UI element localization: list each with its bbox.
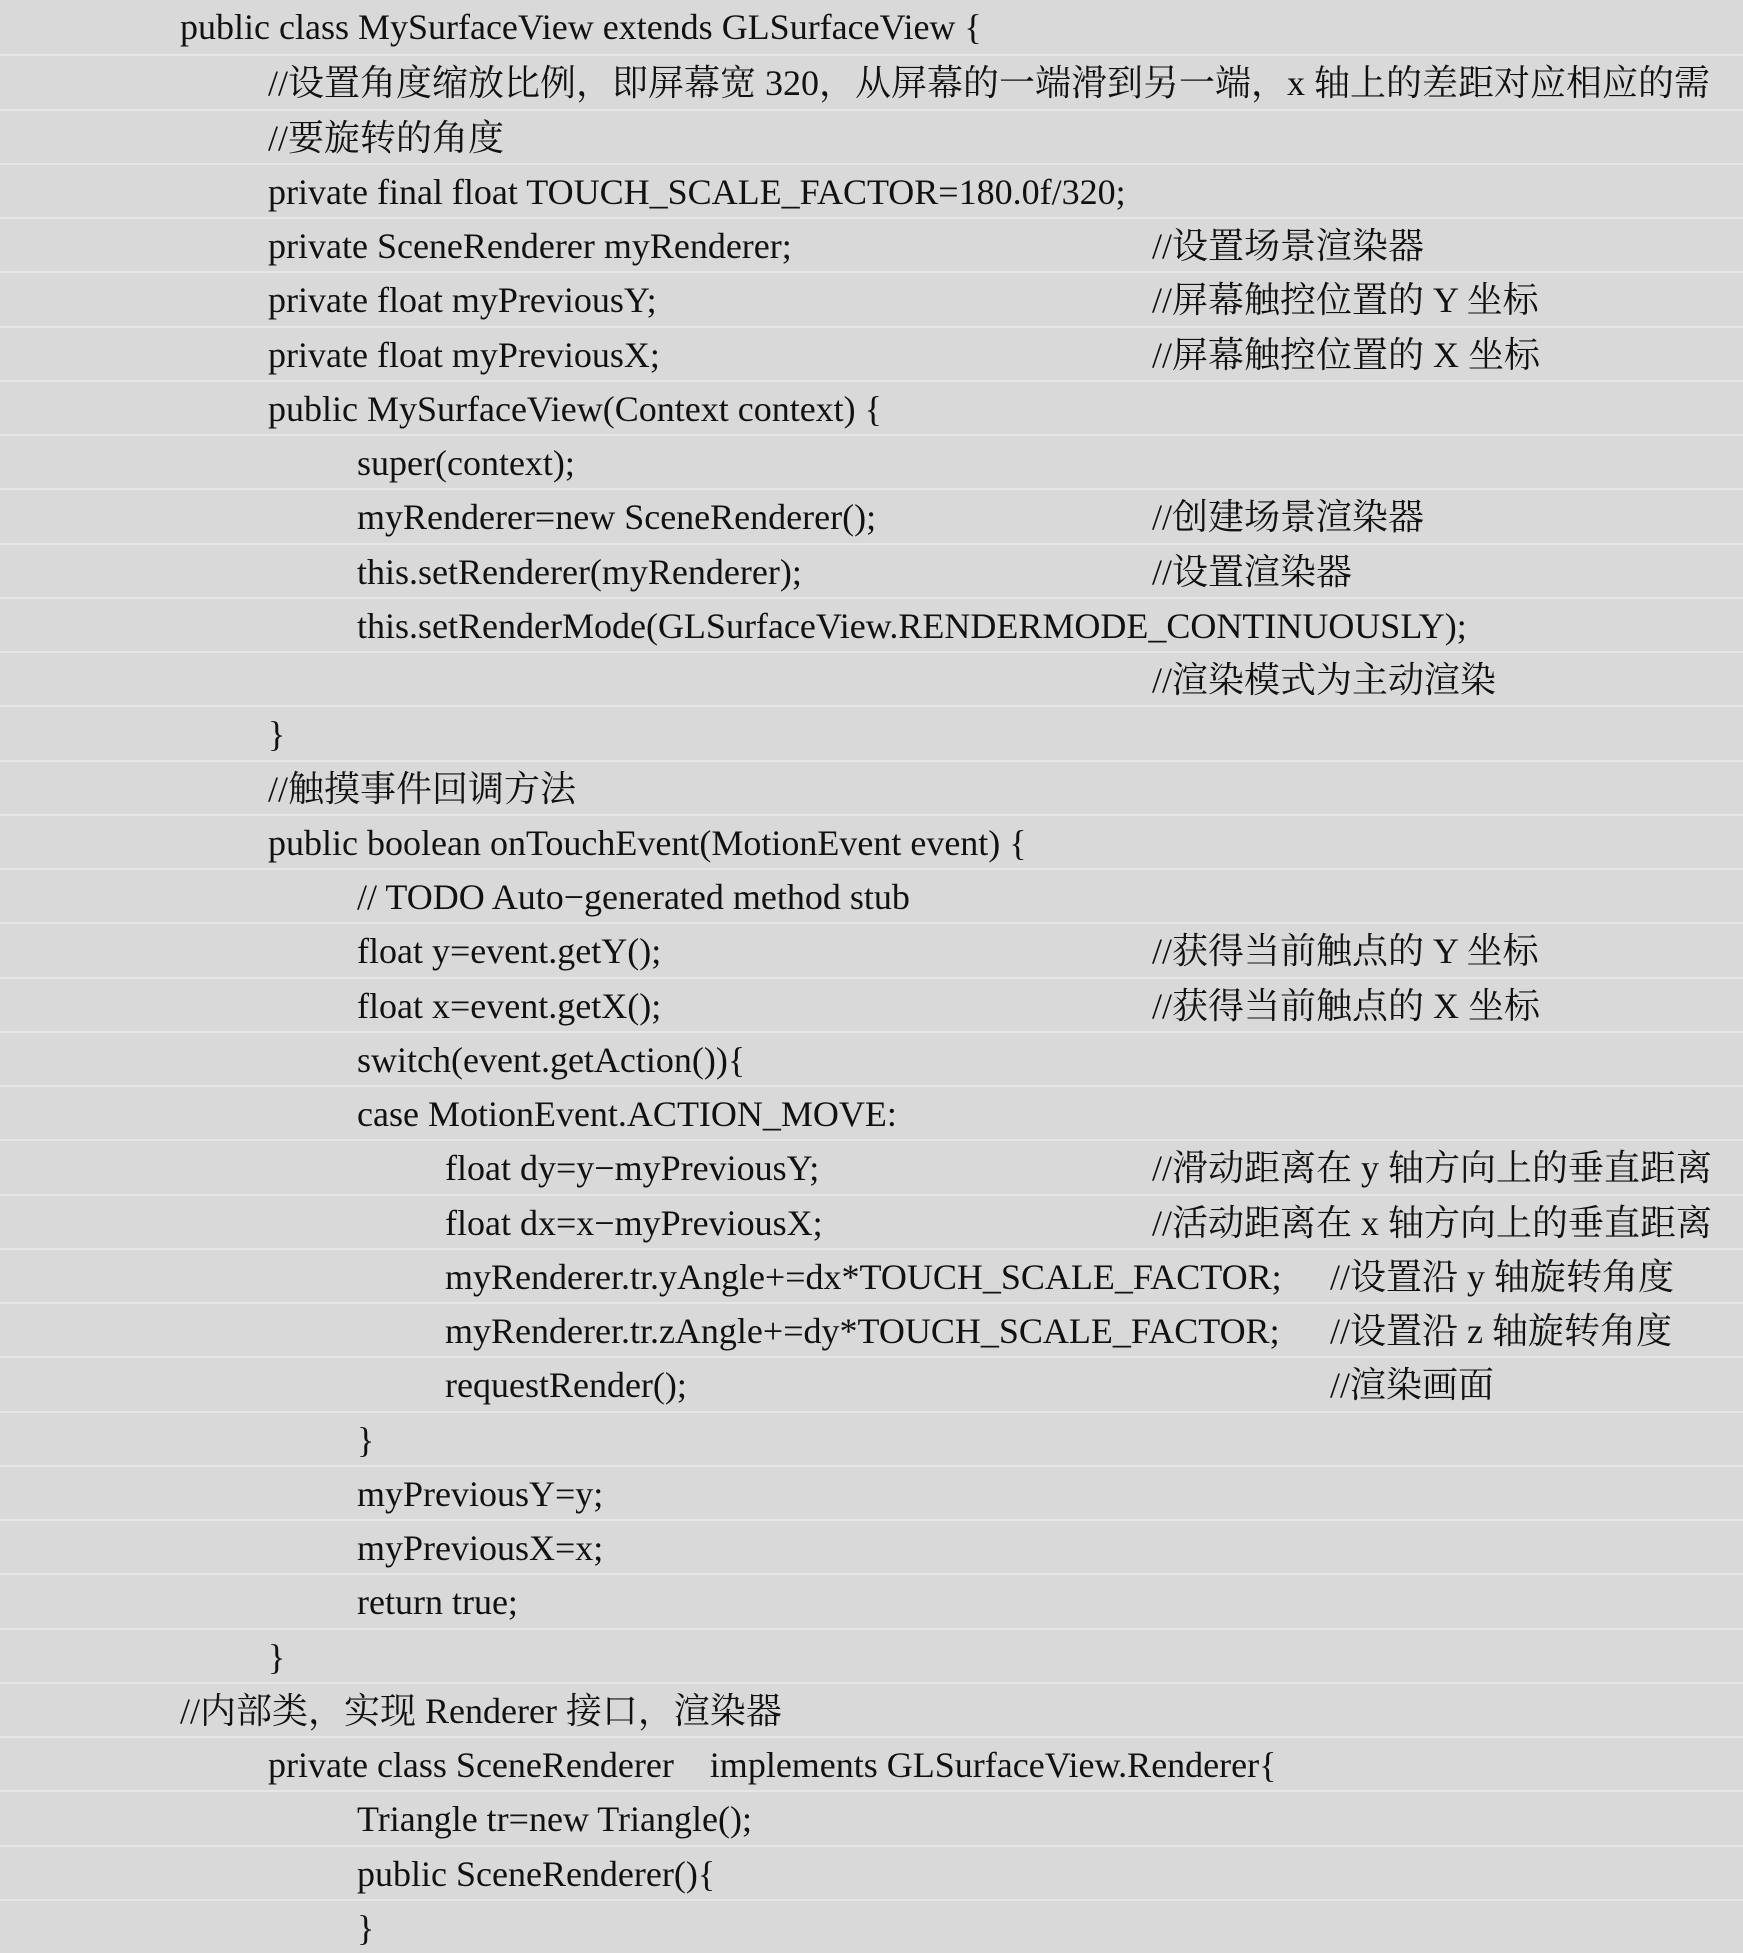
code-line: Triangle tr=new Triangle(); xyxy=(0,1790,1743,1844)
code-text: } xyxy=(268,713,285,755)
code-comment: //设置场景渲染器 xyxy=(1152,225,1424,267)
code-text: myRenderer=new SceneRenderer(); xyxy=(357,496,876,538)
code-comment: //渲染模式为主动渲染 xyxy=(1152,659,1496,701)
code-line: float dx=x−myPreviousX;//活动距离在 x 轴方向上的垂直… xyxy=(0,1194,1743,1248)
code-line: this.setRenderer(myRenderer);//设置渲染器 xyxy=(0,543,1743,597)
code-text: // TODO Auto−generated method stub xyxy=(357,876,910,918)
code-line: //设置角度缩放比例，即屏幕宽 320，从屏幕的一端滑到另一端，x 轴上的差距对… xyxy=(0,54,1743,108)
code-text: public class MySurfaceView extends GLSur… xyxy=(180,6,982,48)
code-text: requestRender(); xyxy=(445,1364,687,1406)
code-line: myPreviousX=x; xyxy=(0,1519,1743,1573)
code-comment: //获得当前触点的 X 坐标 xyxy=(1152,985,1540,1027)
code-comment: //屏幕触控位置的 X 坐标 xyxy=(1152,334,1540,376)
code-line: private float myPreviousY;//屏幕触控位置的 Y 坐标 xyxy=(0,271,1743,325)
code-line: } xyxy=(0,1628,1743,1682)
code-comment: //获得当前触点的 Y 坐标 xyxy=(1152,930,1539,972)
code-line: // TODO Auto−generated method stub xyxy=(0,868,1743,922)
code-comment: //设置沿 z 轴旋转角度 xyxy=(1330,1310,1672,1352)
code-text: //设置角度缩放比例，即屏幕宽 320，从屏幕的一端滑到另一端，x 轴上的差距对… xyxy=(268,62,1710,104)
code-line: } xyxy=(0,1411,1743,1465)
code-text: private SceneRenderer myRenderer; xyxy=(268,225,792,267)
code-text: myPreviousY=y; xyxy=(357,1473,603,1515)
code-line: myRenderer.tr.yAngle+=dx*TOUCH_SCALE_FAC… xyxy=(0,1248,1743,1302)
code-text: Triangle tr=new Triangle(); xyxy=(357,1798,752,1840)
code-text: return true; xyxy=(357,1581,518,1623)
code-text: private float myPreviousY; xyxy=(268,279,657,321)
code-line: public boolean onTouchEvent(MotionEvent … xyxy=(0,814,1743,868)
code-text: float y=event.getY(); xyxy=(357,930,661,972)
code-comment: //活动距离在 x 轴方向上的垂直距离 xyxy=(1152,1202,1712,1244)
code-text: case MotionEvent.ACTION_MOVE: xyxy=(357,1093,897,1135)
code-text: } xyxy=(268,1636,285,1678)
code-comment: //设置渲染器 xyxy=(1152,551,1352,593)
code-comment: //创建场景渲染器 xyxy=(1152,496,1424,538)
code-text: float x=event.getX(); xyxy=(357,985,661,1027)
code-line: private class SceneRenderer implements G… xyxy=(0,1736,1743,1790)
code-text: } xyxy=(357,1419,374,1461)
code-text: float dy=y−myPreviousY; xyxy=(445,1147,819,1189)
code-text: super(context); xyxy=(357,442,575,484)
code-text: public boolean onTouchEvent(MotionEvent … xyxy=(268,822,1027,864)
code-line: float y=event.getY();//获得当前触点的 Y 坐标 xyxy=(0,922,1743,976)
code-line: this.setRenderMode(GLSurfaceView.RENDERM… xyxy=(0,597,1743,651)
code-text: //触摸事件回调方法 xyxy=(268,768,576,810)
code-listing: public class MySurfaceView extends GLSur… xyxy=(0,0,1743,1953)
code-line: //要旋转的角度 xyxy=(0,109,1743,163)
code-line: requestRender();//渲染画面 xyxy=(0,1356,1743,1410)
code-text: float dx=x−myPreviousX; xyxy=(445,1202,823,1244)
code-line: myPreviousY=y; xyxy=(0,1465,1743,1519)
code-text: this.setRenderer(myRenderer); xyxy=(357,551,802,593)
code-line: private float myPreviousX;//屏幕触控位置的 X 坐标 xyxy=(0,326,1743,380)
code-text: private float myPreviousX; xyxy=(268,334,660,376)
code-line: myRenderer.tr.zAngle+=dy*TOUCH_SCALE_FAC… xyxy=(0,1302,1743,1356)
code-line: //触摸事件回调方法 xyxy=(0,760,1743,814)
code-text: //要旋转的角度 xyxy=(268,117,504,159)
code-text: myRenderer.tr.zAngle+=dy*TOUCH_SCALE_FAC… xyxy=(445,1310,1280,1352)
code-comment: //渲染画面 xyxy=(1330,1364,1494,1406)
code-comment: //设置沿 y 轴旋转角度 xyxy=(1330,1256,1674,1298)
code-text: public SceneRenderer(){ xyxy=(357,1853,715,1895)
code-line: private final float TOUCH_SCALE_FACTOR=1… xyxy=(0,163,1743,217)
code-line: float dy=y−myPreviousY;//滑动距离在 y 轴方向上的垂直… xyxy=(0,1139,1743,1193)
code-line: myRenderer=new SceneRenderer();//创建场景渲染器 xyxy=(0,488,1743,542)
code-text: private final float TOUCH_SCALE_FACTOR=1… xyxy=(268,171,1126,213)
code-comment: //屏幕触控位置的 Y 坐标 xyxy=(1152,279,1539,321)
code-line: } xyxy=(0,1899,1743,1953)
code-text: myRenderer.tr.yAngle+=dx*TOUCH_SCALE_FAC… xyxy=(445,1256,1282,1298)
code-text: private class SceneRenderer implements G… xyxy=(268,1744,1276,1786)
code-text: public MySurfaceView(Context context) { xyxy=(268,388,882,430)
code-line: case MotionEvent.ACTION_MOVE: xyxy=(0,1085,1743,1139)
code-line: return true; xyxy=(0,1573,1743,1627)
code-line: switch(event.getAction()){ xyxy=(0,1031,1743,1085)
code-line: //内部类，实现 Renderer 接口，渲染器 xyxy=(0,1682,1743,1736)
code-line: float x=event.getX();//获得当前触点的 X 坐标 xyxy=(0,977,1743,1031)
code-text: myPreviousX=x; xyxy=(357,1527,603,1569)
code-comment: //滑动距离在 y 轴方向上的垂直距离 xyxy=(1152,1147,1712,1189)
code-text: switch(event.getAction()){ xyxy=(357,1039,745,1081)
code-line: private SceneRenderer myRenderer;//设置场景渲… xyxy=(0,217,1743,271)
code-line: public class MySurfaceView extends GLSur… xyxy=(0,0,1743,54)
code-text: } xyxy=(357,1907,374,1949)
code-line: public MySurfaceView(Context context) { xyxy=(0,380,1743,434)
code-text: //内部类，实现 Renderer 接口，渲染器 xyxy=(180,1690,782,1732)
code-line: } xyxy=(0,705,1743,759)
code-line: public SceneRenderer(){ xyxy=(0,1845,1743,1899)
code-line: //渲染模式为主动渲染 xyxy=(0,651,1743,705)
code-text: this.setRenderMode(GLSurfaceView.RENDERM… xyxy=(357,605,1467,647)
code-line: super(context); xyxy=(0,434,1743,488)
